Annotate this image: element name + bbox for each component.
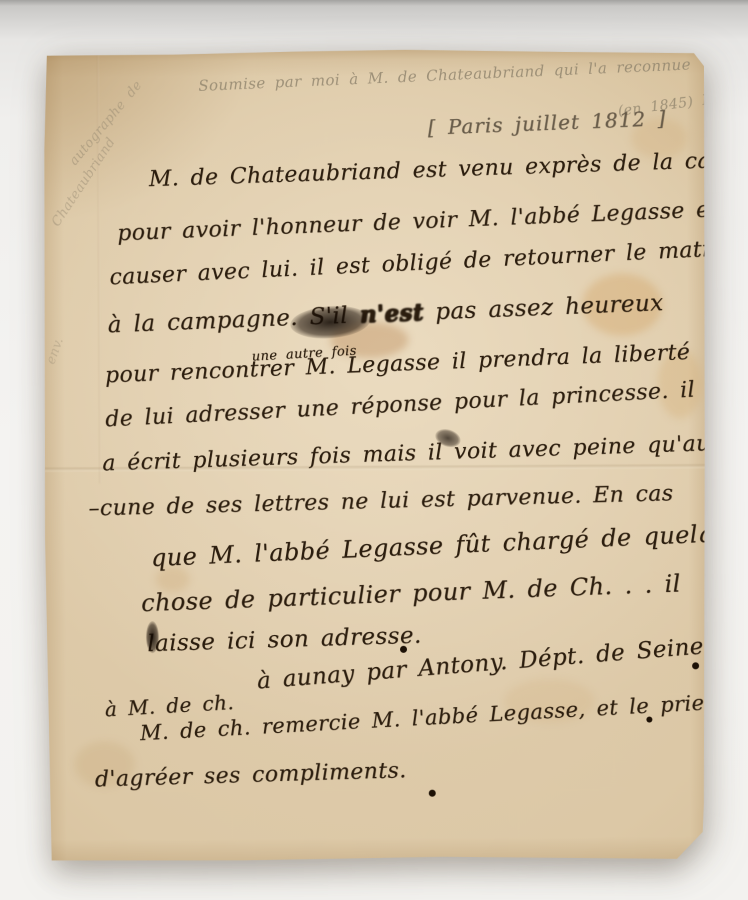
letter-line-2: pour avoir l'honneur de voir M. l'abbé L…	[117, 198, 748, 246]
letter-line-10: chose de particulier pour M. de Ch. . . …	[141, 571, 681, 615]
letter-line-3: causer avec lui. il est obligé de retour…	[109, 238, 725, 289]
letter-line-5: pour rencontrer M. Legasse il prendra la…	[105, 342, 691, 387]
letter-line-1: M. de Chateaubriand est venu exprès de l…	[148, 147, 748, 191]
photograph-background: autographe de Chateaubriand env. Soumise…	[0, 0, 748, 900]
ink-dot	[692, 662, 699, 669]
attribution-pencil-note: Soumise par moi à M. de Chateaubriand qu…	[198, 57, 691, 93]
letter-line-4-post: pas assez heureux	[423, 290, 664, 326]
letter-line-14: d'agréer ses compliments.	[95, 760, 407, 791]
letter-paper: autographe de Chateaubriand env. Soumise…	[41, 48, 708, 863]
letter-line-7: a écrit plusieurs fois mais il voit avec…	[102, 433, 719, 475]
ink-dot	[646, 717, 652, 723]
letter-line-4-blotted-word: n'est	[359, 299, 424, 329]
letter-paper-wrapper: autographe de Chateaubriand env. Soumise…	[41, 48, 708, 863]
letter-line-12-left: à M. de ch.	[104, 692, 234, 719]
letter-line-9: que M. l'abbé Legasse fût chargé de quel…	[150, 520, 744, 570]
ink-dot	[400, 646, 407, 653]
corner-pencil-note-line3: env.	[45, 336, 67, 366]
letter-line-11: laisse ici son adresse.	[147, 625, 422, 657]
date-annotation: [ Paris juillet 1812 ]	[427, 108, 666, 138]
letter-line-4-pre: à la campagne. S'il	[107, 302, 360, 338]
letter-line-8: –cune de ses lettres ne lui est parvenue…	[88, 483, 674, 520]
letter-line-6: de lui adresser une réponse pour la prin…	[105, 377, 737, 431]
ink-dot	[429, 790, 436, 797]
letter-line-4: à la campagne. S'il n'est pas assez heur…	[107, 291, 664, 337]
